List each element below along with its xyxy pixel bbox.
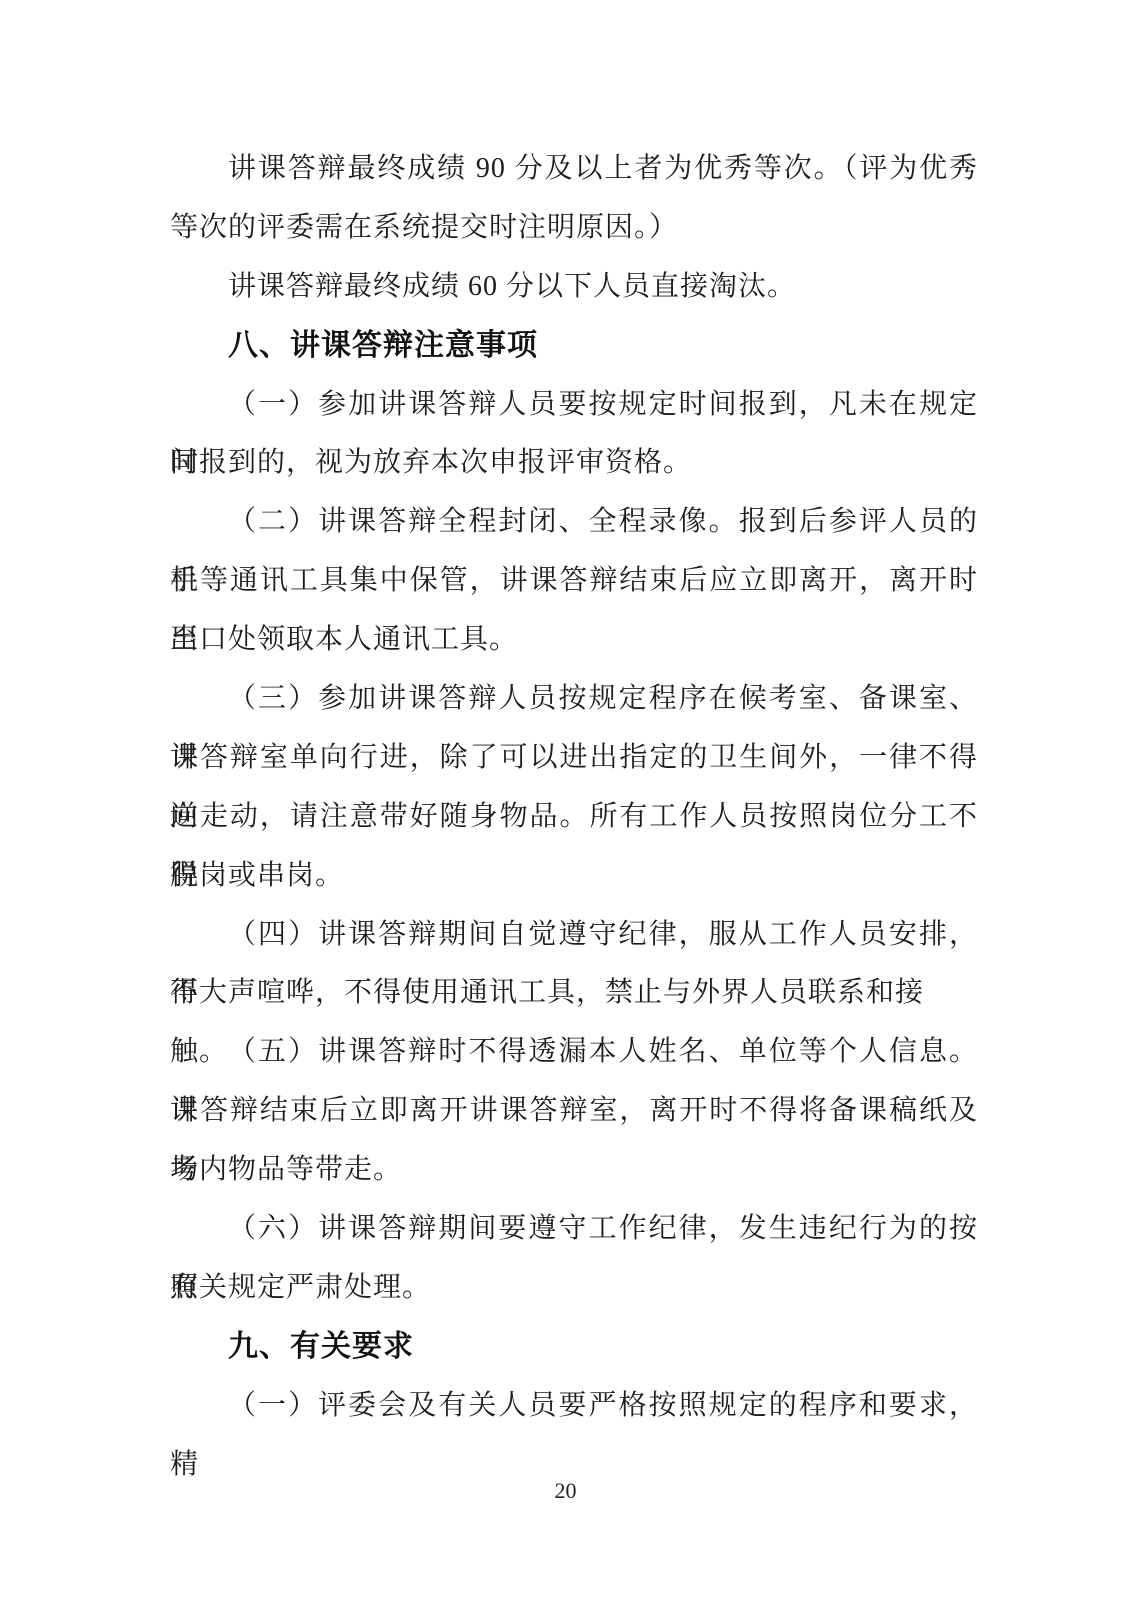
section-heading: 八、讲课答辩注意事项 [170,317,978,376]
paragraph-line: （一）评委会及有关人员要严格按照规定的程序和要求，精 [170,1377,978,1436]
paragraph-line: 向走动，请注意带好随身物品。所有工作人员按照岗位分工不得 [170,788,978,847]
paragraph-line: 出口处领取本人通讯工具。 [170,611,978,670]
paragraph-line: （二）讲课答辩全程封闭、全程录像。报到后参评人员的手 [170,493,978,552]
paragraph-line: 讲课答辩最终成绩 60 分以下人员直接淘汰。 [170,258,978,317]
paragraph-line: 脱岗或串岗。 [170,847,978,906]
paragraph-line: 等次的评委需在系统提交时注明原因。） [170,199,978,258]
paragraph-line: 课答辩室单向行进，除了可以进出指定的卫生间外，一律不得逆 [170,729,978,788]
document-page: 讲课答辩最终成绩 90 分及以上者为优秀等次。（评为优秀等次的评委需在系统提交时… [0,0,1131,1600]
paragraph-line: 机等通讯工具集中保管，讲课答辩结束后应立即离开，离开时至 [170,552,978,611]
paragraph-line: （一）参加讲课答辩人员要按规定时间报到，凡未在规定时 [170,376,978,435]
paragraph-line: （三）参加讲课答辩人员按规定程序在候考室、备课室、讲 [170,670,978,729]
page-number: 20 [0,1478,1131,1504]
paragraph-line: 有关规定严肃处理。 [170,1259,978,1318]
paragraph-line: 场内物品等带走。 [170,1141,978,1200]
paragraph-line: 讲课答辩最终成绩 90 分及以上者为优秀等次。（评为优秀 [170,140,978,199]
paragraph-line: 间报到的，视为放弃本次申报评审资格。 [170,434,978,493]
paragraph-line: 得大声喧哗，不得使用通讯工具，禁止与外界人员联系和接触。 [170,964,978,1023]
paragraph-line: （四）讲课答辩期间自觉遵守纪律，服从工作人员安排，不 [170,906,978,965]
document-text-block: 讲课答辩最终成绩 90 分及以上者为优秀等次。（评为优秀等次的评委需在系统提交时… [170,140,978,1436]
paragraph-line: 课答辩结束后立即离开讲课答辩室，离开时不得将备课稿纸及考 [170,1082,978,1141]
section-heading: 九、有关要求 [170,1318,978,1377]
paragraph-line: （六）讲课答辩期间要遵守工作纪律，发生违纪行为的按照 [170,1200,978,1259]
paragraph-line: （五）讲课答辩时不得透漏本人姓名、单位等个人信息。讲 [170,1023,978,1082]
